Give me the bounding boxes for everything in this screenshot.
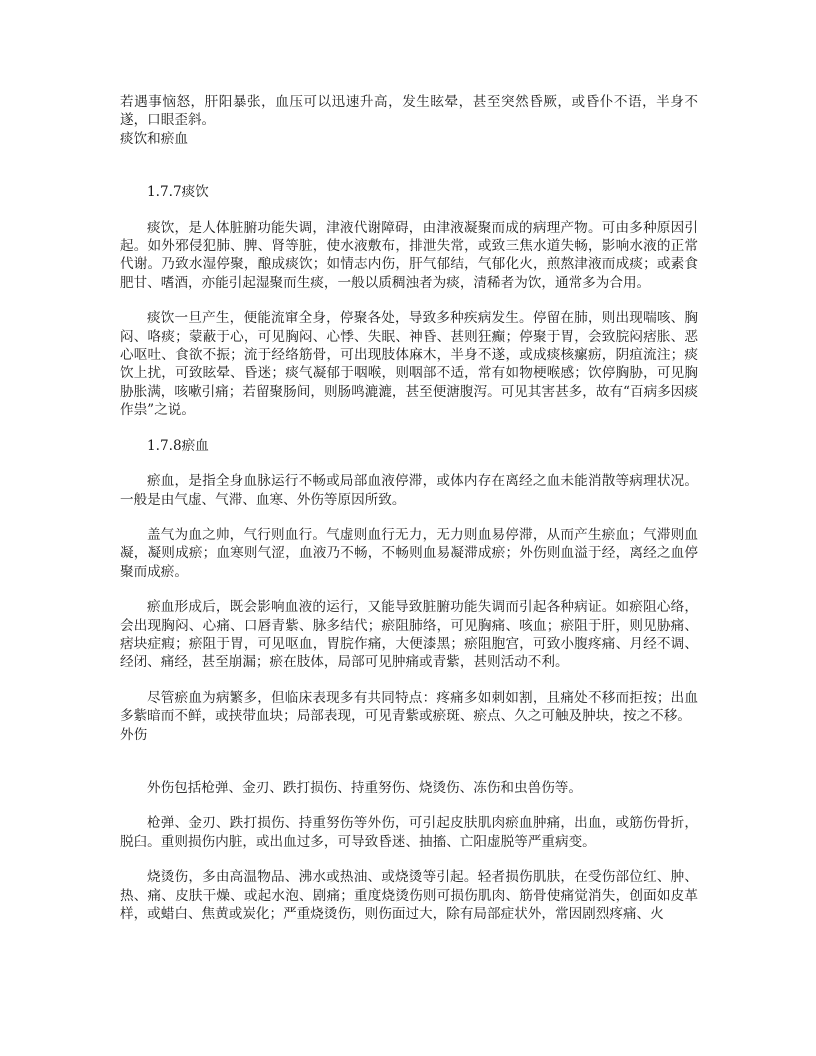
paragraph-tanyin-effects: 痰饮一旦产生，便能流窜全身，停聚各处，导致多种疾病发生。停留在肺，则出现喘咳、胸…: [120, 309, 698, 419]
section-title-tanyin-yuxue: 痰饮和瘀血: [120, 130, 698, 148]
paragraph-tanyin-definition: 痰饮，是人体脏腑功能失调，津液代谢障碍，由津液凝聚而成的病理产物。可由多种原因引…: [120, 219, 698, 293]
paragraph-burns: 烧烫伤，多由高温物品、沸水或热油、或烧烫等引起。轻者损伤肌肤，在受伤部位红、肿、…: [120, 868, 698, 923]
paragraph-waishang-types: 外伤包括枪弹、金刃、跌打损伤、持重努伤、烧烫伤、冻伤和虫兽伤等。: [120, 779, 698, 797]
intro-paragraph: 若遇事恼怒，肝阳暴张，血压可以迅速升高，发生眩晕，甚至突然昏厥，或昏仆不语，半身…: [120, 93, 698, 130]
paragraph-yuxue-features: 尽管瘀血为病繁多，但临床表现多有共同特点：疼痛多如刺如割，且痛处不移而拒按；出血…: [120, 689, 698, 726]
paragraph-yuxue-causes: 盖气为血之帅，气行则血行。气虚则血行无力，无力则血易停滞，从而产生瘀血；气滞则血…: [120, 526, 698, 581]
paragraph-yuxue-definition: 瘀血，是指全身血脉运行不畅或局部血液停滞，或体内存在离经之血未能消散等病理状况。…: [120, 472, 698, 509]
heading-1-7-8: 1.7.8瘀血: [120, 437, 698, 455]
paragraph-waishang-trauma: 枪弹、金刃、跌打损伤、持重努伤等外伤，可引起皮肤肌肉瘀血肿痛，出血，或筋伤骨折，…: [120, 814, 698, 851]
paragraph-yuxue-effects: 瘀血形成后，既会影响血液的运行，又能导致脏腑功能失调而引起各种病证。如瘀阻心络，…: [120, 598, 698, 672]
heading-1-7-7: 1.7.7痰饮: [120, 183, 698, 201]
section-title-waishang: 外伤: [120, 726, 698, 744]
document-page: 若遇事恼怒，肝阳暴张，血压可以迅速升高，发生眩晕，甚至突然昏厥，或昏仆不语，半身…: [120, 93, 698, 923]
